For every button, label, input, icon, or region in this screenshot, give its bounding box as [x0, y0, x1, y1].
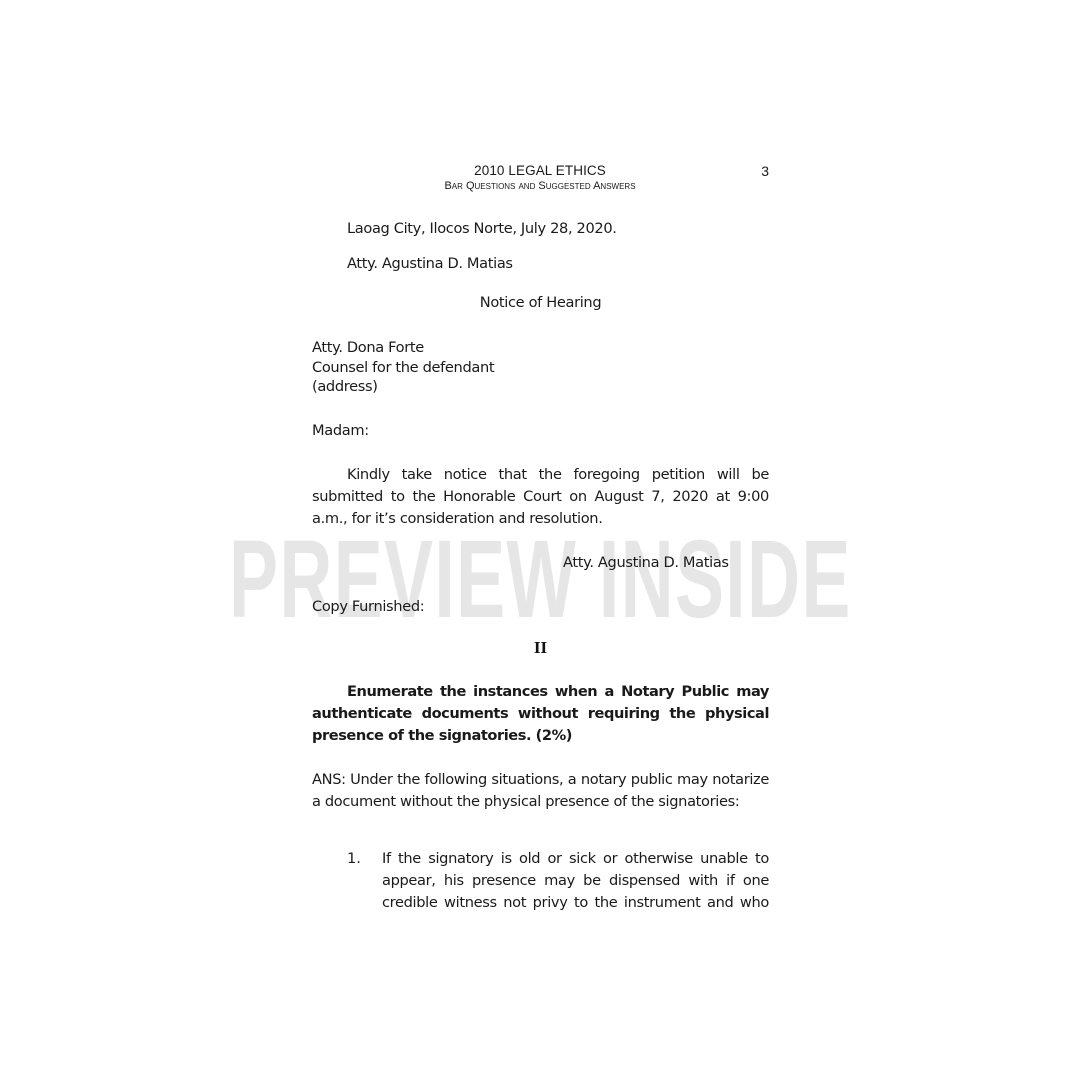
running-header-subtitle: Bar Questions and Suggested Answers — [380, 180, 700, 192]
answer-intro: ANS: Under the following situations, a n… — [312, 769, 769, 813]
copy-furnished-label: Copy Furnished: — [312, 597, 424, 617]
list-item-marker: 1. — [347, 848, 361, 870]
notice-heading: Notice of Hearing — [312, 294, 769, 311]
addressee-name: Atty. Dona Forte — [312, 338, 424, 358]
question-number: II — [312, 638, 769, 658]
signatory-name-bottom: Atty. Agustina D. Matias — [563, 553, 729, 573]
watermark-text: PREVIEW INSIDE — [229, 528, 645, 632]
notice-body-text: Kindly take notice that the foregoing pe… — [312, 466, 769, 527]
addressee-address: (address) — [312, 377, 378, 397]
question-text: Enumerate the instances when a Notary Pu… — [312, 681, 769, 747]
question-text-content: Enumerate the instances when a Notary Pu… — [312, 683, 769, 744]
page-number: 3 — [740, 163, 769, 179]
signatory-name-top: Atty. Agustina D. Matias — [347, 254, 513, 274]
list-item-text: If the signatory is old or sick or other… — [382, 848, 769, 914]
running-header-title: 2010 LEGAL ETHICS — [440, 163, 640, 178]
notice-body: Kindly take notice that the foregoing pe… — [312, 464, 769, 530]
place-and-date: Laoag City, Ilocos Norte, July 28, 2020. — [347, 219, 617, 239]
addressee-role: Counsel for the defendant — [312, 358, 494, 378]
document-page: PREVIEW INSIDE 2010 LEGAL ETHICS Bar Que… — [0, 0, 1080, 1080]
salutation: Madam: — [312, 421, 369, 441]
